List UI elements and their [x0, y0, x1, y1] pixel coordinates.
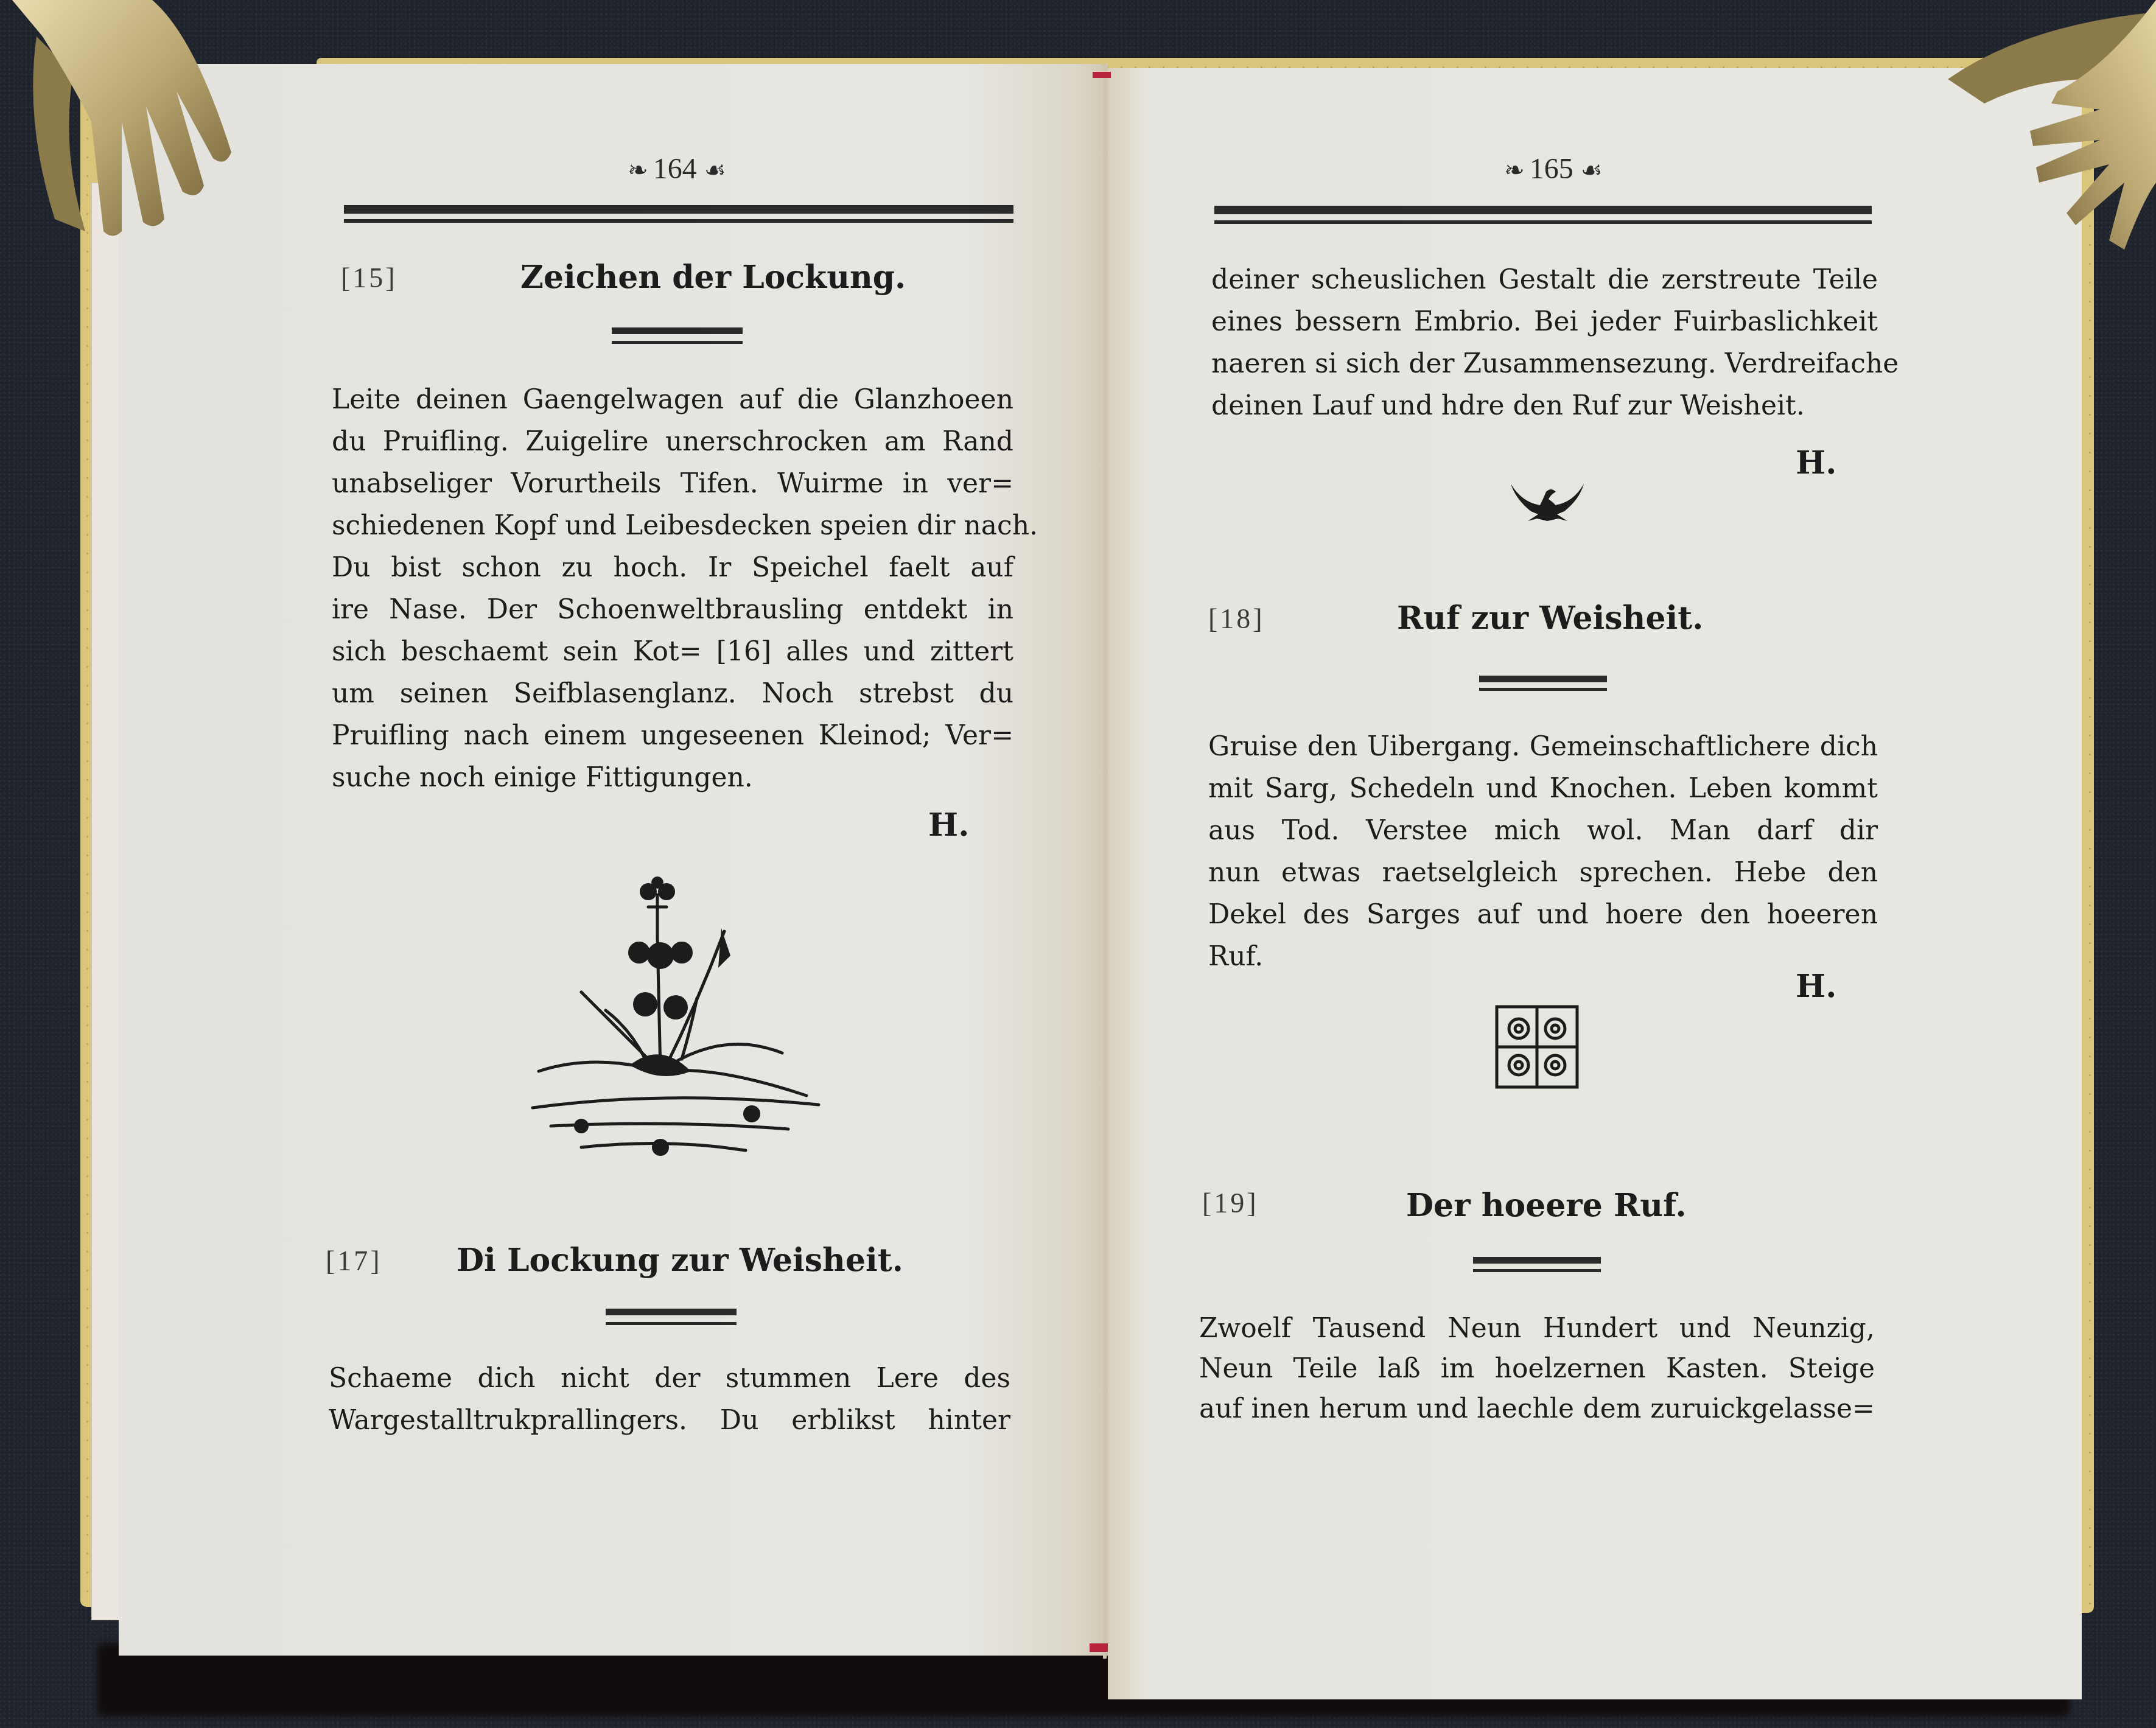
page-number: 164 — [653, 153, 697, 185]
section-number: [15] — [341, 262, 397, 294]
text-line: ire Nase. Der Schoenweltbrausling entdek… — [332, 589, 1013, 631]
section-18-body: Gruise den Uibergang. Gemeinschaftlicher… — [1208, 726, 1878, 978]
text-line: unabseliger Vorurtheils Tifen. Wuirme in… — [332, 463, 1013, 505]
text-line: sich beschaemt sein Kot= [16] alles und … — [332, 631, 1013, 673]
text-line: nun etwas raetselgleich sprechen. Hebe d… — [1208, 852, 1878, 894]
header-rule-thick — [1214, 206, 1872, 214]
square-scroll-vignette-icon — [1494, 1004, 1580, 1090]
text-line: du Pruifling. Zuigelire unerschrocken am… — [332, 421, 1013, 463]
spine-headband-bottom — [1090, 1643, 1108, 1652]
page-number: 165 — [1530, 153, 1573, 185]
spine-headband-top — [1093, 72, 1111, 78]
author-signature: H. — [1796, 968, 1836, 1005]
text-line: mit Sarg, Schedeln und Knochen. Leben ko… — [1208, 768, 1878, 810]
section-title: Zeichen der Lockung. — [520, 259, 906, 296]
header-rule-thick — [344, 205, 1013, 214]
text-line: deinen Lauf und hdre den Ruf zur Weishei… — [1211, 385, 1878, 427]
section-title: Di Lockung zur Weisheit. — [457, 1242, 903, 1279]
text-line: schiedenen Kopf und Leibesdecken speien … — [332, 505, 1013, 547]
text-line: auf inen herum und laechle dem zuruickge… — [1199, 1389, 1875, 1429]
text-line: Du bist schon zu hoch. Ir Speichel faelt… — [332, 547, 1013, 589]
section-rule-thin — [606, 1322, 737, 1325]
text-line: Schaeme dich nicht der stummen Lere des — [329, 1357, 1010, 1399]
book-spine-gutter — [1103, 64, 1107, 1659]
right-page-header: ❧ 165 ☙ — [1461, 152, 1643, 186]
section-rule-thin — [1479, 688, 1607, 691]
text-line: Wargestalltrukprallingers. Du erblikst h… — [329, 1399, 1010, 1441]
author-signature: H. — [1796, 444, 1836, 481]
text-line: Zwoelf Tausend Neun Hundert und Neunzig, — [1199, 1309, 1875, 1349]
text-line: suche noch einige Fittigungen. — [332, 757, 1013, 799]
section-number: [17] — [326, 1245, 382, 1277]
fleuron-left-icon: ❧ — [628, 156, 646, 184]
header-rule-thin — [344, 219, 1013, 223]
brass-hand-right-icon — [1875, 0, 2156, 262]
section-rule-thick — [1473, 1257, 1601, 1264]
text-line: Leite deinen Gaengelwagen auf die Glanzh… — [332, 379, 1013, 421]
section-rule-thin — [1473, 1269, 1601, 1272]
section-number: [18] — [1208, 603, 1265, 635]
text-line: um seinen Seifblasenglanz. Noch strebst … — [332, 673, 1013, 715]
fleuron-left-icon: ❧ — [1504, 156, 1522, 184]
section-title: Ruf zur Weisheit. — [1397, 600, 1703, 637]
text-line: eines bessern Embrio. Bei jeder Fuirbasl… — [1211, 301, 1878, 343]
section-17-body: Schaeme dich nicht der stummen Lere des … — [329, 1357, 1010, 1441]
eagle-vignette-icon — [1510, 481, 1586, 523]
text-line: aus Tod. Verstee mich wol. Man darf dir — [1208, 810, 1878, 852]
woodcut-plant-icon — [514, 870, 831, 1163]
text-line: Neun Teile laß im hoelzernen Kasten. Ste… — [1199, 1349, 1875, 1389]
text-line: Ruf. — [1208, 936, 1878, 978]
text-line: Gruise den Uibergang. Gemeinschaftlicher… — [1208, 726, 1878, 768]
author-signature: H. — [928, 806, 969, 844]
section-15-body: Leite deinen Gaengelwagen auf die Glanzh… — [332, 379, 1013, 799]
left-page-header: ❧ 164 ☙ — [584, 152, 767, 186]
fleuron-right-icon: ☙ — [1581, 156, 1600, 184]
section-rule-thick — [612, 327, 743, 334]
text-line: naeren si sich der Zusammensezung. Verdr… — [1211, 343, 1878, 385]
header-rule-thin — [1214, 220, 1872, 224]
text-line: deiner scheuslichen Gestalt die zerstreu… — [1211, 259, 1878, 301]
section-number: [19] — [1202, 1187, 1259, 1219]
section-title: Der hoeere Ruf. — [1406, 1187, 1687, 1224]
text-line: Pruifling nach einem ungeseenen Kleinod;… — [332, 715, 1013, 757]
fleuron-right-icon: ☙ — [704, 156, 724, 184]
continuation-body: deiner scheuslichen Gestalt die zerstreu… — [1211, 259, 1878, 427]
brass-hand-left-icon — [0, 0, 256, 256]
section-rule-thick — [606, 1309, 737, 1315]
text-line: Dekel des Sarges auf und hoere den hoeer… — [1208, 894, 1878, 936]
section-rule-thin — [612, 341, 743, 344]
section-19-body: Zwoelf Tausend Neun Hundert und Neunzig,… — [1199, 1309, 1875, 1429]
section-rule-thick — [1479, 676, 1607, 682]
